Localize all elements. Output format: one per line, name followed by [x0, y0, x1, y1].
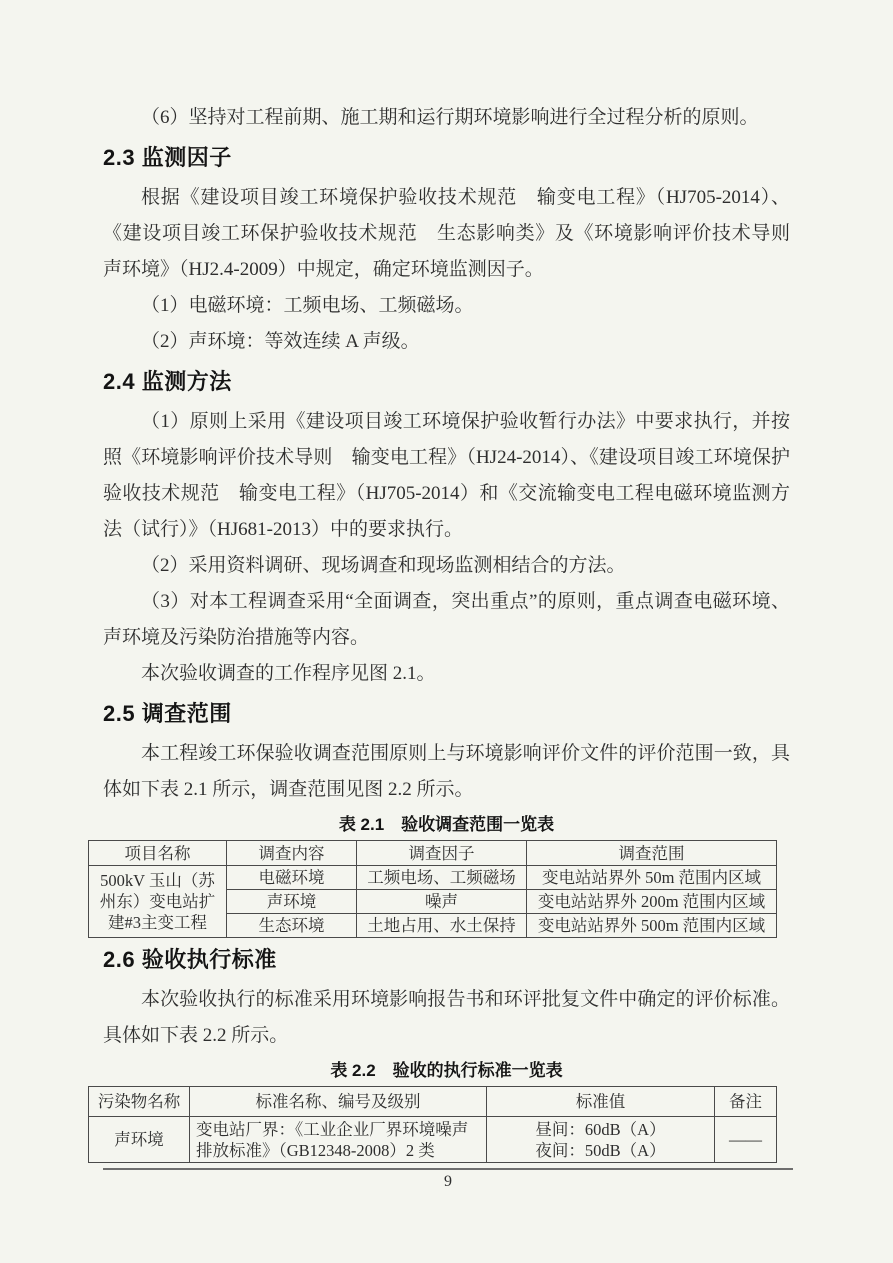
- list-item-6: （6）坚持对工程前期、施工期和运行期环境影响进行全过程分析的原则。: [103, 100, 790, 136]
- pollutant-name-cell: 声环境: [89, 1117, 190, 1163]
- project-name-cell: 500kV 玉山（苏州东）变电站扩建#3主变工程: [89, 866, 227, 938]
- survey-scope-cell: 变电站站界外 50m 范围内区域: [527, 866, 777, 890]
- standard-value-night: 夜间：50dB（A）: [491, 1140, 710, 1161]
- survey-factor-cell: 噪声: [357, 890, 527, 914]
- header-standard-name: 标准名称、编号及级别: [190, 1087, 487, 1117]
- section-2-4-heading: 2.4 监测方法: [103, 368, 790, 396]
- standard-name-cell: 变电站厂界：《工业企业厂界环境噪声排放标准》（GB12348-2008）2 类: [190, 1117, 487, 1163]
- standard-value-day: 昼间：60dB（A）: [491, 1119, 710, 1140]
- standard-value-cell: 昼间：60dB（A） 夜间：50dB（A）: [487, 1117, 715, 1163]
- header-pollutant-name: 污染物名称: [89, 1087, 190, 1117]
- section-2-6-heading: 2.6 验收执行标准: [103, 946, 790, 974]
- work-procedure-note: 本次验收调查的工作程序见图 2.1。: [103, 656, 790, 692]
- survey-scope-table: 项目名称 调查内容 调查因子 调查范围 500kV 玉山（苏州东）变电站扩建#3…: [88, 840, 777, 938]
- section-2-5-heading: 2.5 调查范围: [103, 700, 790, 728]
- method-item-2: （2）采用资料调研、现场调查和现场监测相结合的方法。: [103, 548, 790, 584]
- header-survey-content: 调查内容: [227, 841, 357, 866]
- page-content: （6）坚持对工程前期、施工期和运行期环境影响进行全过程分析的原则。 2.3 监测…: [0, 0, 893, 1163]
- footer-divider: [103, 1168, 793, 1170]
- table-2-2-caption: 表 2.2 验收的执行标准一览表: [103, 1060, 790, 1082]
- header-remark: 备注: [715, 1087, 777, 1117]
- survey-factor-cell: 土地占用、水土保持: [357, 914, 527, 938]
- section-2-3-intro: 根据《建设项目竣工环境保护验收技术规范 输变电工程》（HJ705-2014）、《…: [103, 180, 790, 288]
- standards-table: 污染物名称 标准名称、编号及级别 标准值 备注 声环境 变电站厂界：《工业企业厂…: [88, 1086, 777, 1163]
- survey-scope-cell: 变电站站界外 500m 范围内区域: [527, 914, 777, 938]
- table-header-row: 污染物名称 标准名称、编号及级别 标准值 备注: [89, 1087, 777, 1117]
- header-standard-value: 标准值: [487, 1087, 715, 1117]
- header-survey-scope: 调查范围: [527, 841, 777, 866]
- survey-scope-cell: 变电站站界外 200m 范围内区域: [527, 890, 777, 914]
- header-survey-factor: 调查因子: [357, 841, 527, 866]
- method-item-1: （1）原则上采用《建设项目竣工环境保护验收暂行办法》中要求执行，并按照《环境影响…: [103, 404, 790, 548]
- remark-cell: ——: [715, 1117, 777, 1163]
- survey-content-cell: 声环境: [227, 890, 357, 914]
- table-row: 声环境 变电站厂界：《工业企业厂界环境噪声排放标准》（GB12348-2008）…: [89, 1117, 777, 1163]
- table-row: 500kV 玉山（苏州东）变电站扩建#3主变工程 电磁环境 工频电场、工频磁场 …: [89, 866, 777, 890]
- header-project-name: 项目名称: [89, 841, 227, 866]
- method-item-3: （3）对本工程调查采用“全面调查，突出重点”的原则，重点调查电磁环境、声环境及污…: [103, 584, 790, 656]
- survey-content-cell: 电磁环境: [227, 866, 357, 890]
- monitor-item-electromagnetic: （1）电磁环境：工频电场、工频磁场。: [103, 288, 790, 324]
- table-header-row: 项目名称 调查内容 调查因子 调查范围: [89, 841, 777, 866]
- survey-content-cell: 生态环境: [227, 914, 357, 938]
- survey-factor-cell: 工频电场、工频磁场: [357, 866, 527, 890]
- table-2-1-caption: 表 2.1 验收调查范围一览表: [103, 814, 790, 836]
- section-2-6-paragraph: 本次验收执行的标准采用环境影响报告书和环评批复文件中确定的评价标准。具体如下表 …: [103, 982, 790, 1054]
- page-number: 9: [103, 1173, 793, 1191]
- section-2-5-paragraph: 本工程竣工环保验收调查范围原则上与环境影响评价文件的评价范围一致，具体如下表 2…: [103, 736, 790, 808]
- monitor-item-noise: （2）声环境：等效连续 A 声级。: [103, 324, 790, 360]
- section-2-3-heading: 2.3 监测因子: [103, 144, 790, 172]
- document-page: （6）坚持对工程前期、施工期和运行期环境影响进行全过程分析的原则。 2.3 监测…: [0, 0, 893, 1263]
